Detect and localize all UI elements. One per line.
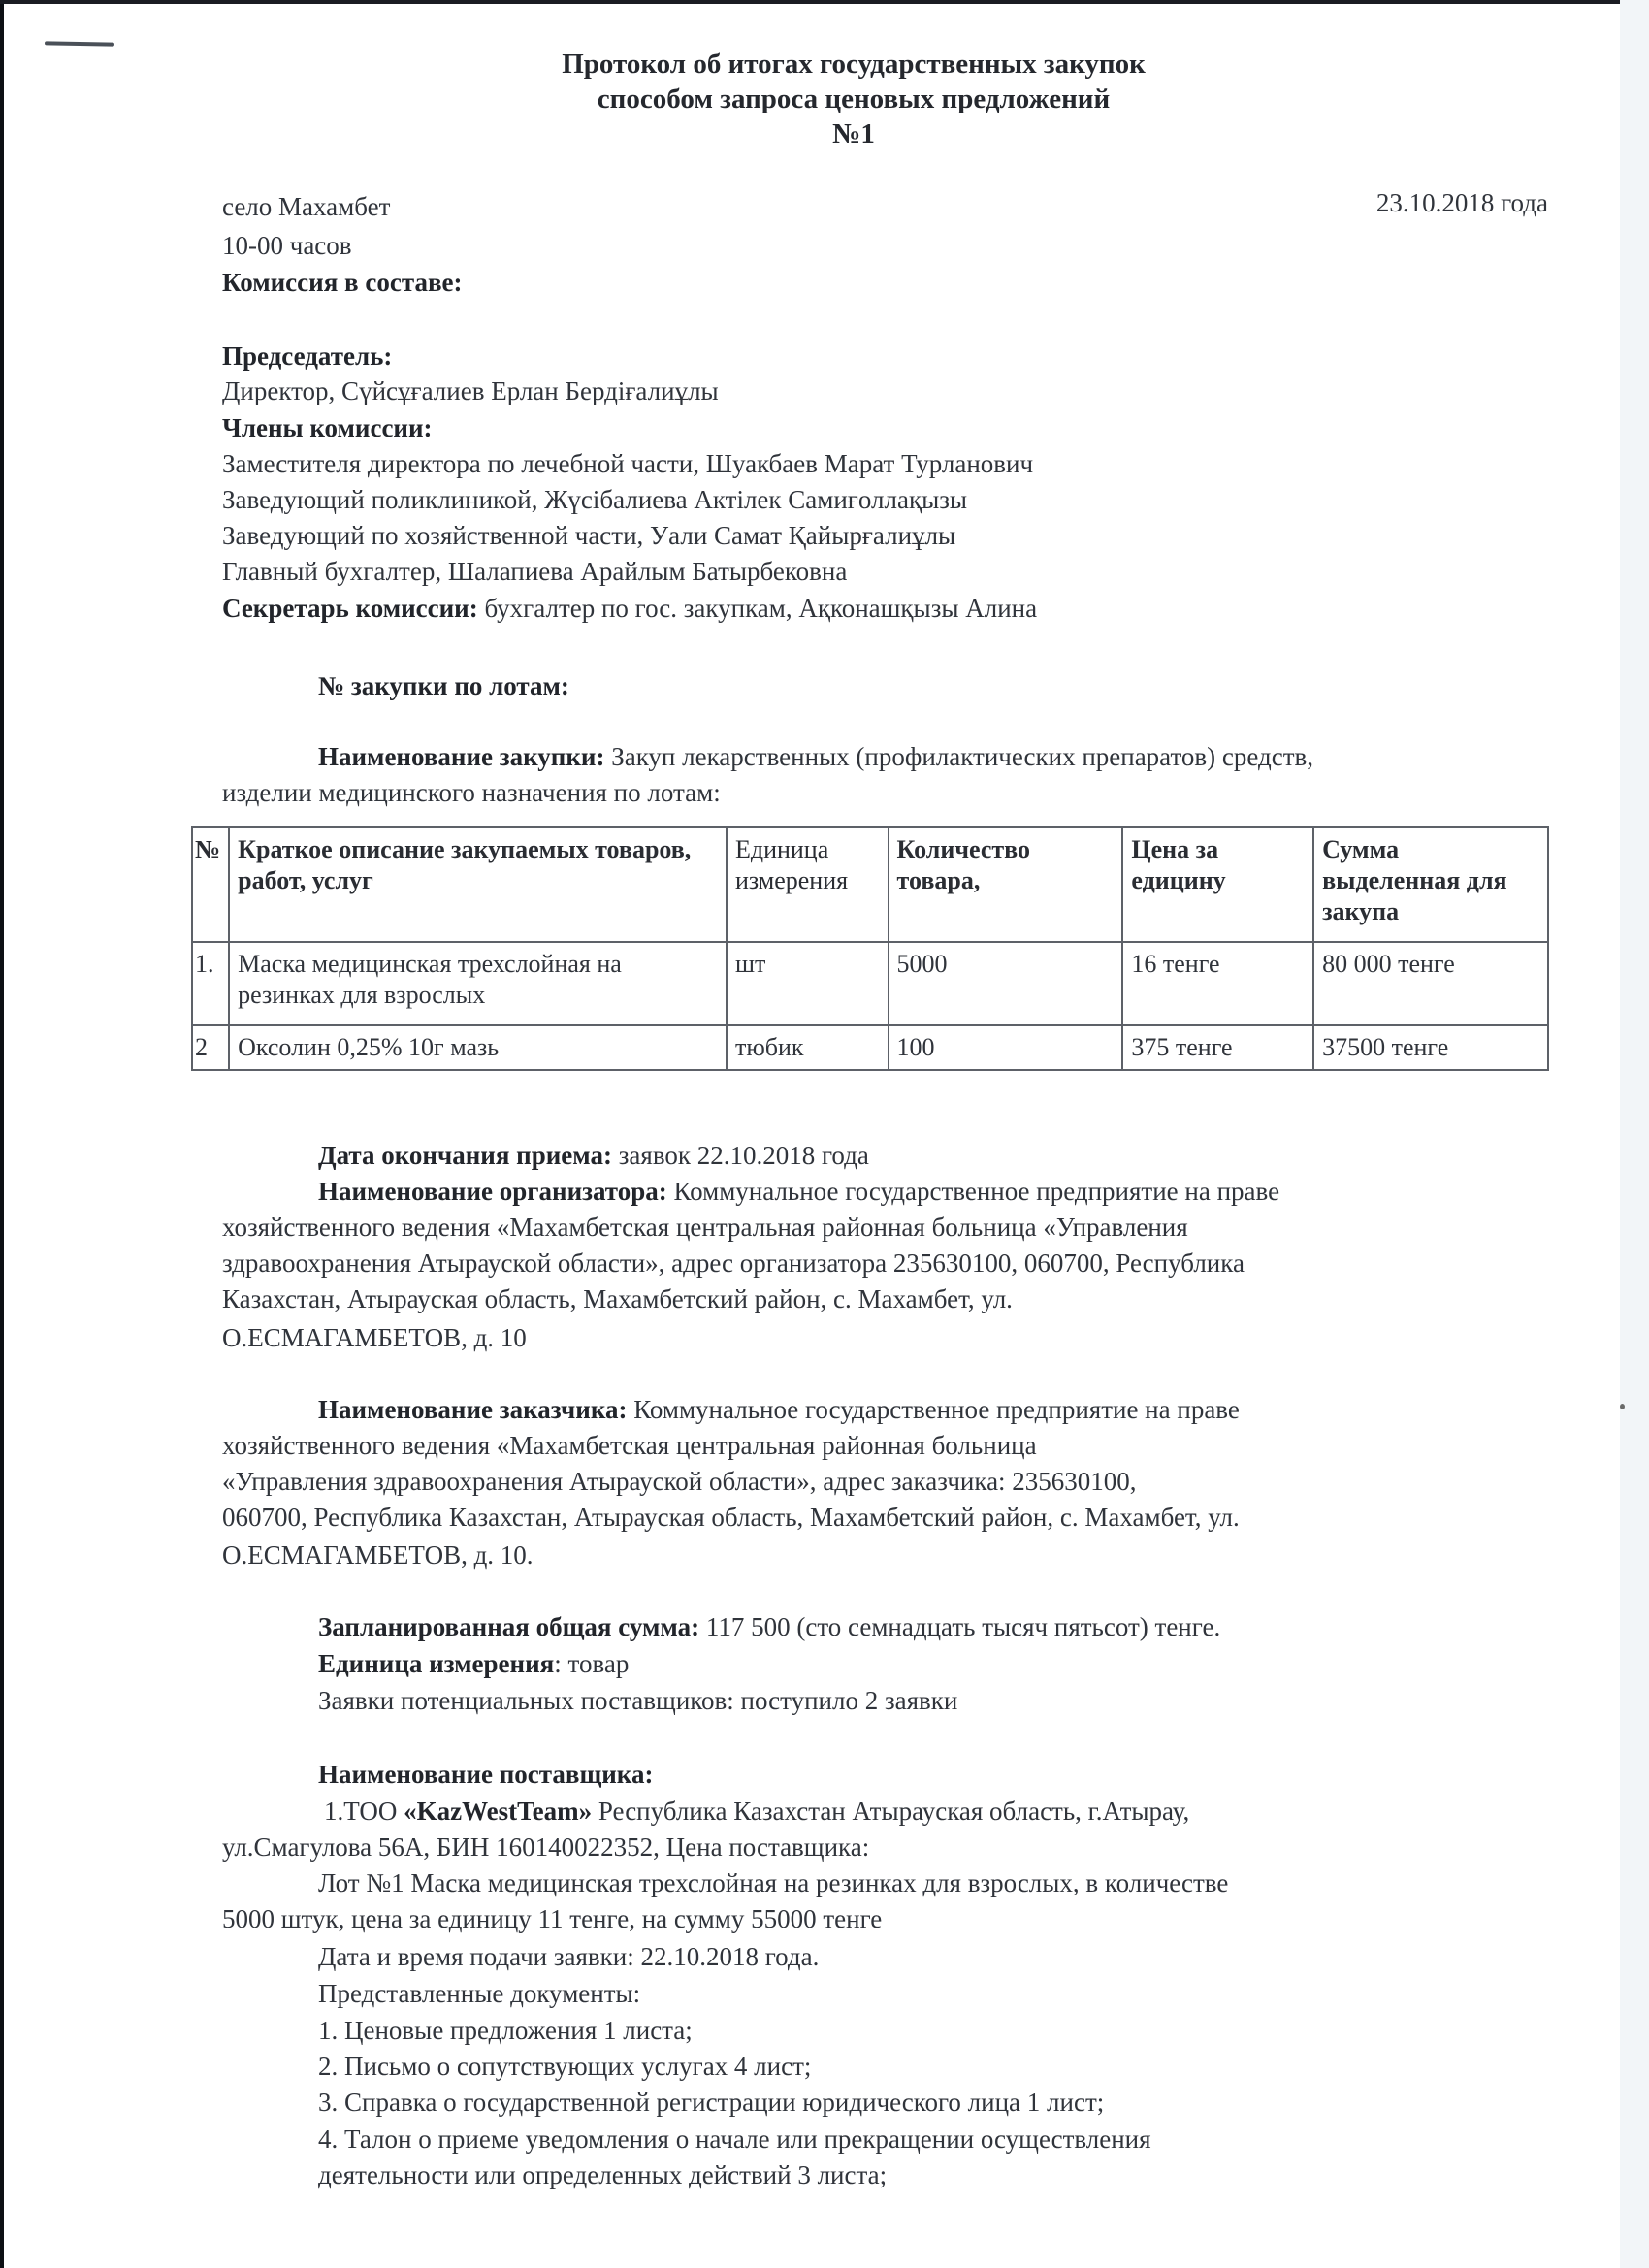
document-title-line-1: Протокол об итогах государственных закуп… bbox=[0, 47, 1649, 81]
col-quantity: Количество товара, bbox=[889, 827, 1123, 942]
procurement-name-label: Наименование закупки: bbox=[318, 742, 604, 771]
scan-border-top bbox=[0, 0, 1649, 4]
document-item-4: 4. Талон о приеме уведомления о начале и… bbox=[318, 2122, 1151, 2155]
table-header-row: № Краткое описание закупаемых товаров, р… bbox=[192, 827, 1548, 942]
lots-number-label: № закупки по лотам: bbox=[318, 669, 569, 702]
member-2: Заведующий поликлиникой, Жүсібалиева Акт… bbox=[222, 483, 967, 516]
customer: Наименование заказчика: Коммунальное гос… bbox=[318, 1393, 1240, 1426]
chairman: Директор, Сүйсұғалиев Ерлан Бердіғалиұлы bbox=[222, 374, 719, 407]
table-row: 2 Оксолин 0,25% 10г мазь тюбик 100 375 т… bbox=[192, 1025, 1548, 1070]
secretary: Секретарь комиссии: бухгалтер по гос. за… bbox=[222, 592, 1037, 625]
organizer-line-3: здравоохранения Атырауской области», адр… bbox=[222, 1247, 1245, 1280]
supplier-line-2: ул.Смагулова 56А, БИН 160140022352, Цена… bbox=[222, 1831, 869, 1863]
customer-line-2: хозяйственного ведения «Махамбетская цен… bbox=[222, 1429, 1037, 1462]
documents-label: Представленные документы: bbox=[318, 1977, 640, 2010]
procurement-name-value: Закуп лекарственных (профилактических пр… bbox=[604, 742, 1313, 771]
customer-line-1: Коммунальное государственное предприятие… bbox=[627, 1395, 1239, 1424]
member-4: Главный бухгалтер, Шалапиева Арайлым Бат… bbox=[222, 555, 847, 588]
cell-unit: шт bbox=[727, 942, 889, 1025]
pen-mark bbox=[45, 41, 114, 46]
supplier-lot-line-1: Лот №1 Маска медицинская трехслойная на … bbox=[318, 1866, 1228, 1899]
organizer-line-4: Казахстан, Атырауская область, Махамбетс… bbox=[222, 1282, 1013, 1315]
planned-total-label: Запланированная общая сумма: bbox=[318, 1612, 699, 1641]
deadline-label: Дата окончания приема: bbox=[318, 1141, 612, 1170]
cell-unit-price: 375 тенге bbox=[1122, 1025, 1313, 1070]
cell-number: 1. bbox=[192, 942, 229, 1025]
unit-of-measure-label: Единица измерения bbox=[318, 1649, 554, 1678]
commission-heading: Комиссия в составе: bbox=[222, 266, 463, 299]
table-row: 1. Маска медицинская трехслойная на рези… bbox=[192, 942, 1548, 1025]
organizer: Наименование организатора: Коммунальное … bbox=[318, 1175, 1279, 1208]
deadline-value: заявок 22.10.2018 года bbox=[612, 1141, 869, 1170]
document-item-1: 1. Ценовые предложения 1 листа; bbox=[318, 2014, 693, 2047]
document-title-line-2: способом запроса ценовых предложений bbox=[0, 81, 1649, 116]
cell-description: Оксолин 0,25% 10г мазь bbox=[229, 1025, 727, 1070]
members-label: Члены комиссии: bbox=[222, 411, 433, 444]
supplier-lot-line-2: 5000 штук, цена за единицу 11 тенге, на … bbox=[222, 1902, 882, 1935]
document-item-3: 3. Справка о государственной регистрации… bbox=[318, 2086, 1104, 2119]
cell-description: Маска медицинская трехслойная на резинка… bbox=[229, 942, 727, 1025]
col-allocated-sum: Сумма выделенная для закупа bbox=[1313, 827, 1548, 942]
document-number: №1 bbox=[0, 116, 1649, 151]
customer-line-4: 060700, Республика Казахстан, Атырауская… bbox=[222, 1501, 1240, 1534]
customer-line-3: «Управления здравоохранения Атырауской о… bbox=[222, 1465, 1137, 1498]
customer-label: Наименование заказчика: bbox=[318, 1395, 627, 1424]
time: 10-00 часов bbox=[222, 229, 352, 262]
scan-speck bbox=[1620, 1404, 1625, 1409]
submission-date: Дата и время подачи заявки: 22.10.2018 г… bbox=[318, 1940, 819, 1973]
procurement-name: Наименование закупки: Закуп лекарственны… bbox=[318, 740, 1313, 773]
scan-shadow-right bbox=[1620, 0, 1649, 2268]
organizer-line-2: хозяйственного ведения «Махамбетская цен… bbox=[222, 1211, 1188, 1244]
supplier-address: Республика Казахстан Атырауская область,… bbox=[592, 1797, 1189, 1826]
deadline: Дата окончания приема: заявок 22.10.2018… bbox=[318, 1139, 869, 1172]
col-unit: Единица измерения bbox=[727, 827, 889, 942]
secretary-value: бухгалтер по гос. закупкам, Ақконашқызы … bbox=[478, 594, 1037, 623]
member-1: Заместителя директора по лечебной части,… bbox=[222, 447, 1033, 480]
cell-allocated-sum: 37500 тенге bbox=[1313, 1025, 1548, 1070]
col-unit-price: Цена за едицину bbox=[1122, 827, 1313, 942]
organizer-line-1: Коммунальное государственное предприятие… bbox=[667, 1177, 1279, 1206]
place: село Махамбет bbox=[222, 190, 390, 223]
supplier-line-1: 1.ТОО «KazWestTeam» Республика Казахстан… bbox=[324, 1795, 1189, 1828]
document-item-4-cont: деятельности или определенных действий 3… bbox=[318, 2158, 887, 2191]
document-item-2: 2. Письмо о сопутствующих услугах 4 лист… bbox=[318, 2050, 811, 2083]
scan-border-left bbox=[0, 0, 4, 2268]
planned-total-value: 117 500 (сто семнадцать тысяч пятьсот) т… bbox=[699, 1612, 1220, 1641]
secretary-label: Секретарь комиссии: bbox=[222, 594, 478, 623]
member-3: Заведующий по хозяйственной части, Уали … bbox=[222, 519, 955, 552]
col-number: № bbox=[192, 827, 229, 942]
organizer-line-5: О.ЕСМАГАМБЕТОВ, д. 10 bbox=[222, 1321, 527, 1354]
procurement-name-cont: изделии медицинского назначения по лотам… bbox=[222, 776, 721, 809]
supplier-prefix: 1.ТОО bbox=[324, 1797, 404, 1826]
unit-of-measure-value: : товар bbox=[554, 1649, 629, 1678]
lots-table: № Краткое описание закупаемых товаров, р… bbox=[191, 826, 1549, 1071]
supplier-name: «KazWestTeam» bbox=[404, 1797, 592, 1826]
supplier-heading: Наименование поставщика: bbox=[318, 1758, 653, 1791]
cell-quantity: 5000 bbox=[889, 942, 1123, 1025]
cell-quantity: 100 bbox=[889, 1025, 1123, 1070]
cell-unit: тюбик bbox=[727, 1025, 889, 1070]
unit-of-measure: Единица измерения: товар bbox=[318, 1647, 629, 1680]
chairman-label: Председатель: bbox=[222, 340, 392, 373]
cell-allocated-sum: 80 000 тенге bbox=[1313, 942, 1548, 1025]
document-date: 23.10.2018 года bbox=[1376, 186, 1548, 219]
planned-total: Запланированная общая сумма: 117 500 (ст… bbox=[318, 1610, 1220, 1643]
col-description: Краткое описание закупаемых товаров, раб… bbox=[229, 827, 727, 942]
cell-unit-price: 16 тенге bbox=[1122, 942, 1313, 1025]
customer-line-5: О.ЕСМАГАМБЕТОВ, д. 10. bbox=[222, 1539, 533, 1571]
applications-received: Заявки потенциальных поставщиков: поступ… bbox=[318, 1684, 957, 1717]
cell-number: 2 bbox=[192, 1025, 229, 1070]
organizer-label: Наименование организатора: bbox=[318, 1177, 667, 1206]
